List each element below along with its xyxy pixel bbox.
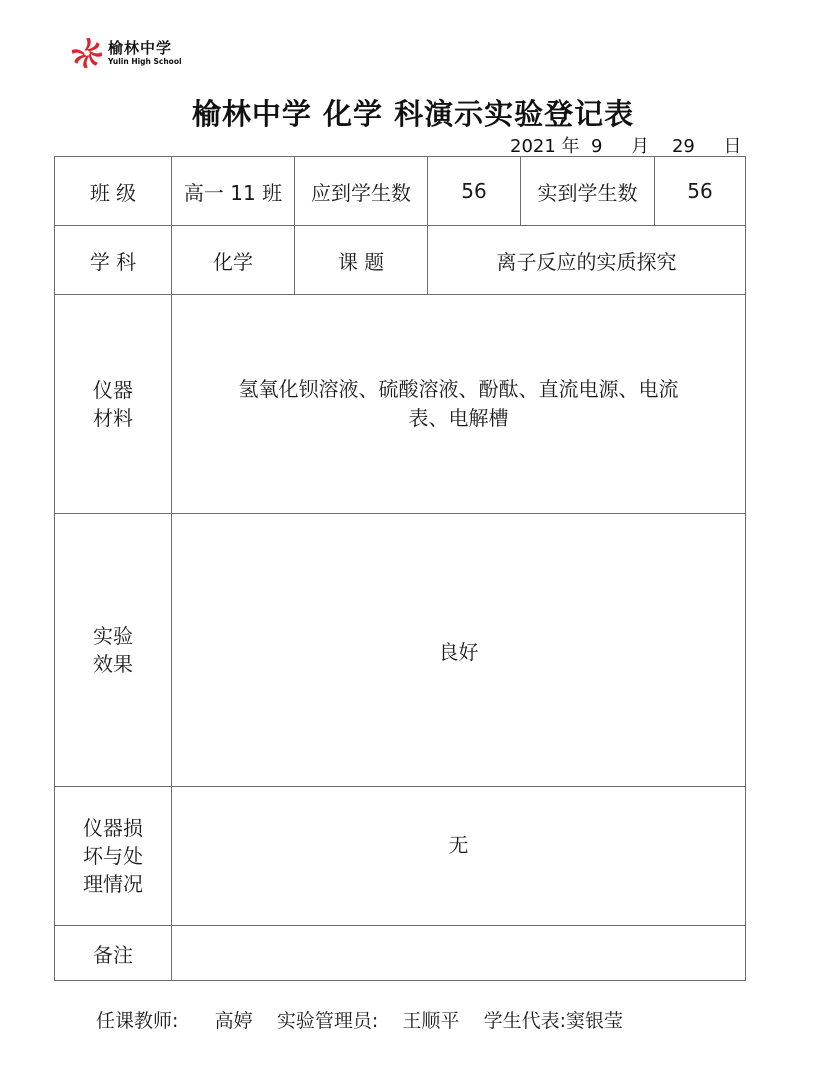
date-month: 9 — [591, 136, 602, 157]
table-row: 备注 — [55, 926, 746, 981]
class-label: 班 级 — [55, 157, 172, 226]
pinwheel-logo-icon — [70, 36, 104, 70]
date-month-label: 月 — [631, 136, 649, 157]
student-rep-name: 窦银莹 — [566, 1010, 623, 1032]
admin-label: 实验管理员: — [277, 1010, 378, 1032]
date-line: 2021 年 9 月 29 日 — [510, 132, 741, 158]
damage-label-line: 仪器损 — [55, 814, 171, 842]
date-day-label: 日 — [723, 136, 741, 157]
table-row: 班 级 高一 11 班 应到学生数 56 实到学生数 56 — [55, 157, 746, 226]
subject-label: 学 科 — [55, 226, 172, 295]
signature-line: 任课教师: 高婷 实验管理员: 王顺平 学生代表:窦银莹 — [96, 1006, 623, 1033]
class-value: 高一 11 班 — [172, 157, 295, 226]
admin-name: 王顺平 — [402, 1010, 459, 1032]
table-row: 仪器 材料 氢氧化钡溶液、硫酸溶液、酚酞、直流电源、电流 表、电解槽 — [55, 295, 746, 514]
date-year: 2021 — [510, 136, 556, 157]
expected-students-value: 56 — [428, 157, 521, 226]
remarks-label: 备注 — [55, 926, 172, 981]
page-title: 榆林中学 化学 科演示实验登记表 — [0, 92, 826, 133]
experiment-register-table: 班 级 高一 11 班 应到学生数 56 实到学生数 56 学 科 化学 课 题… — [54, 156, 746, 981]
table-row: 仪器损 坏与处 理情况 无 — [55, 787, 746, 926]
teacher-label: 任课教师: — [96, 1010, 178, 1032]
result-label-line: 实验 — [55, 622, 171, 650]
result-value: 良好 — [172, 514, 746, 787]
logo-english-name: Yulin High School — [108, 57, 182, 66]
date-year-label: 年 — [562, 136, 580, 157]
expected-students-label: 应到学生数 — [295, 157, 428, 226]
actual-students-value: 56 — [655, 157, 746, 226]
result-label: 实验 效果 — [55, 514, 172, 787]
materials-label: 仪器 材料 — [55, 295, 172, 514]
actual-students-label: 实到学生数 — [521, 157, 655, 226]
date-day: 29 — [672, 136, 695, 157]
damage-value: 无 — [172, 787, 746, 926]
damage-label-line: 理情况 — [55, 870, 171, 898]
teacher-name: 高婷 — [215, 1010, 253, 1032]
materials-value-line: 氢氧化钡溶液、硫酸溶液、酚酞、直流电源、电流 — [194, 375, 723, 404]
school-logo: 榆林中学 Yulin High School — [70, 36, 182, 70]
table-row: 学 科 化学 课 题 离子反应的实质探究 — [55, 226, 746, 295]
materials-label-line: 材料 — [55, 404, 171, 432]
materials-value: 氢氧化钡溶液、硫酸溶液、酚酞、直流电源、电流 表、电解槽 — [172, 295, 746, 514]
damage-value-text: 无 — [172, 829, 745, 858]
result-label-line: 效果 — [55, 650, 171, 678]
logo-chinese-name: 榆林中学 — [108, 40, 182, 57]
damage-label-line: 坏与处 — [55, 842, 171, 870]
materials-label-line: 仪器 — [55, 376, 171, 404]
subject-value: 化学 — [172, 226, 295, 295]
remarks-value — [172, 926, 746, 981]
damage-label: 仪器损 坏与处 理情况 — [55, 787, 172, 926]
topic-value: 离子反应的实质探究 — [428, 226, 746, 295]
materials-value-line: 表、电解槽 — [194, 404, 723, 433]
topic-label: 课 题 — [295, 226, 428, 295]
table-row: 实验 效果 良好 — [55, 514, 746, 787]
student-rep-label: 学生代表: — [484, 1010, 566, 1032]
